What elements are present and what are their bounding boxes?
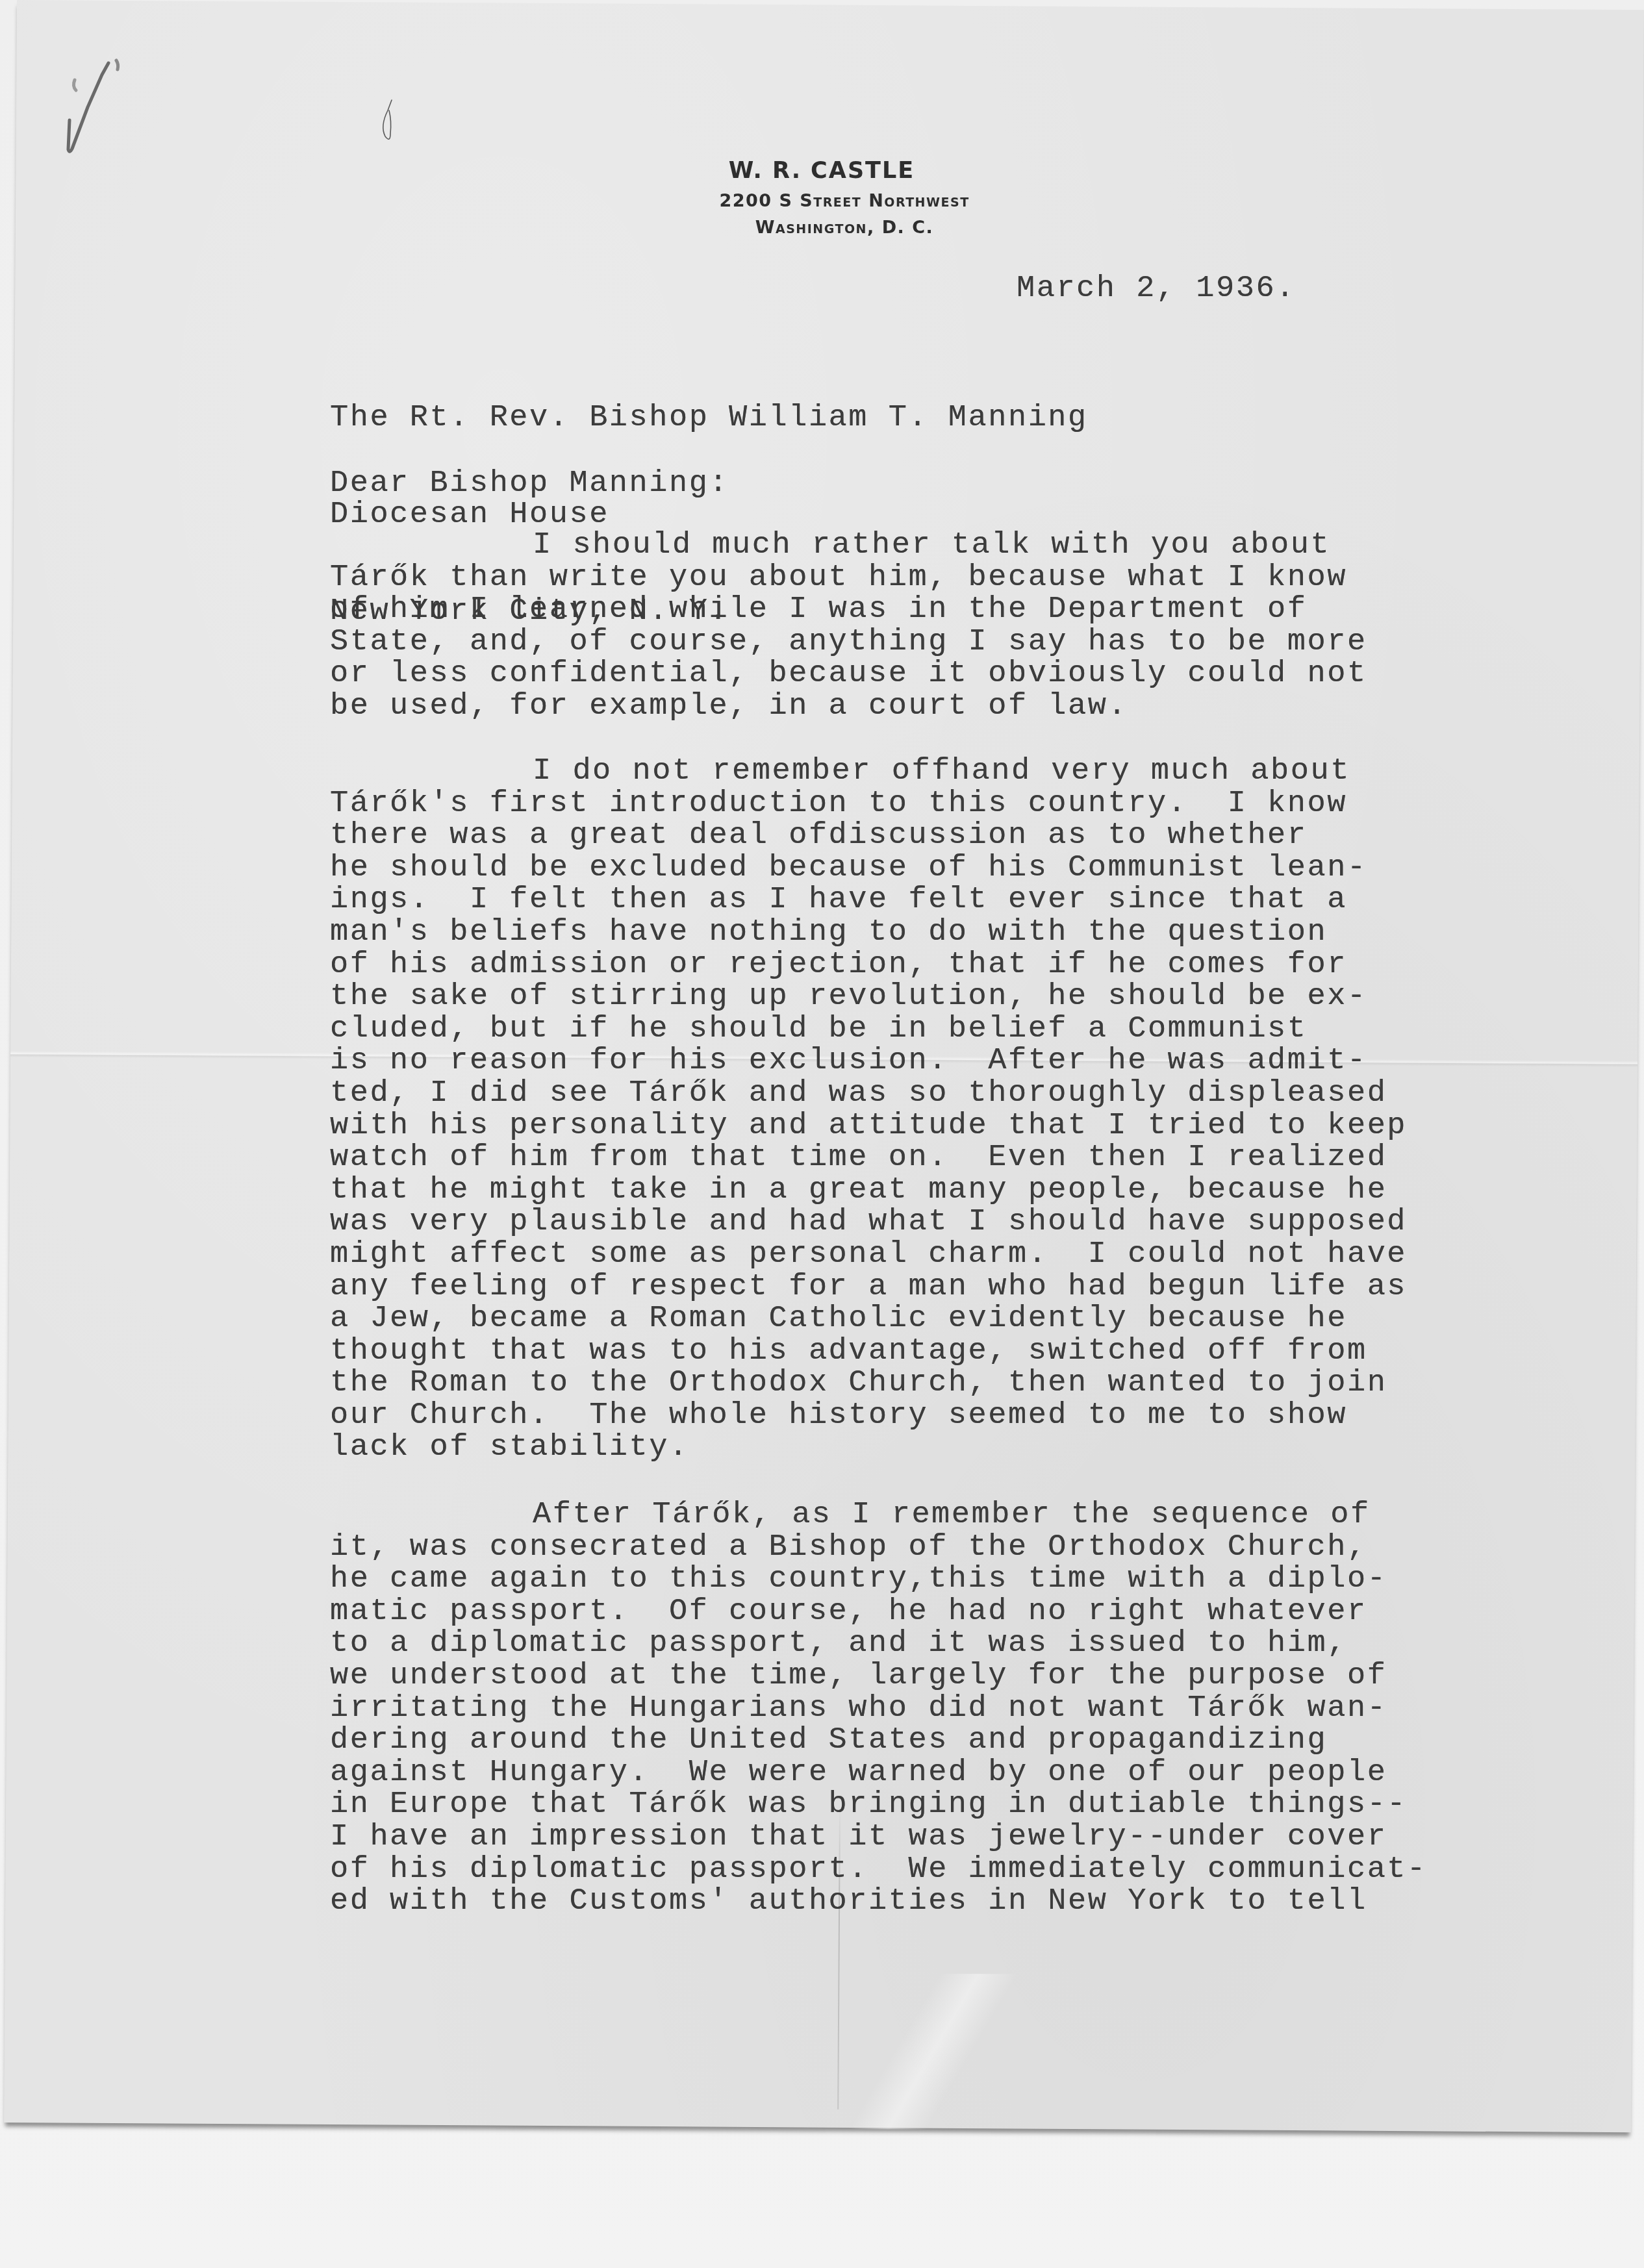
text-line: it, was consecrated a Bishop of the Orth… [330, 1531, 1427, 1564]
text-line: of his diplomatic passport. We immediate… [330, 1854, 1427, 1886]
text-line: a Jew, became a Roman Catholic evidently… [330, 1303, 1407, 1335]
text-line: is no reason for his exclusion. After he… [330, 1045, 1407, 1077]
text-line: thought that was to his advantage, switc… [330, 1335, 1407, 1368]
body-paragraph-3: After Tárők, as I remember the sequence … [330, 1499, 1427, 1918]
text-line: the sake of stirring up revolution, he s… [330, 981, 1407, 1013]
letterhead-city: Washington, D. C. [650, 218, 1039, 238]
text-line: I have an impression that it was jewelry… [330, 1821, 1427, 1854]
text-line: with his personality and attitude that I… [330, 1110, 1407, 1142]
text-line: State, and, of course, anything I say ha… [330, 626, 1367, 659]
text-line: of his admission or rejection, that if h… [330, 949, 1407, 981]
text-line: ings. I felt then as I have felt ever si… [330, 884, 1407, 916]
text-line: he came again to this country,this time … [330, 1563, 1427, 1596]
text-line: irritating the Hungarians who did not wa… [330, 1693, 1427, 1725]
text-line: watch of him from that time on. Even the… [330, 1142, 1407, 1174]
text-line: ted, I did see Tárők and was so thorough… [330, 1077, 1407, 1110]
letterhead-name: W. R. CASTLE [724, 158, 919, 183]
letterhead-street-address: 2200 S Street Northwest [650, 192, 1039, 211]
letter-date: March 2, 1936. [1017, 273, 1296, 305]
text-line: there was a great deal ofdiscussion as t… [330, 820, 1407, 852]
text-line: might affect some as personal charm. I c… [330, 1239, 1407, 1271]
text-line: I do not remember offhand very much abou… [330, 755, 1407, 788]
recipient-name: The Rt. Rev. Bishop William T. Manning [330, 402, 1088, 435]
text-line: he should be excluded because of his Com… [330, 852, 1407, 885]
text-line: ed with the Customs' authorities in New … [330, 1885, 1427, 1918]
recipient-organization: Diocesan House [330, 499, 1088, 531]
text-line: any feeling of respect for a man who had… [330, 1271, 1407, 1304]
text-line: Tárők than write you about him, because … [330, 562, 1367, 594]
text-line: lack of stability. [330, 1431, 1407, 1464]
text-line: our Church. The whole history seemed to … [330, 1400, 1407, 1432]
text-line: in Europe that Tárők was bringing in dut… [330, 1789, 1427, 1821]
text-line: be used, for example, in a court of law. [330, 690, 1367, 723]
text-line: After Tárők, as I remember the sequence … [330, 1499, 1427, 1531]
text-line: we understood at the time, largely for t… [330, 1660, 1427, 1693]
text-line: against Hungary. We were warned by one o… [330, 1757, 1427, 1789]
text-line: of him I learned while I was in the Depa… [330, 594, 1367, 626]
text-line: matic passport. Of course, he had no rig… [330, 1596, 1427, 1628]
text-line: or less confidential, because it obvious… [330, 658, 1367, 690]
text-line: was very plausible and had what I should… [330, 1206, 1407, 1239]
pencil-stroke-icon [373, 97, 399, 149]
salutation: Dear Bishop Manning: [330, 468, 729, 500]
text-line: the Roman to the Orthodox Church, then w… [330, 1367, 1407, 1400]
pencil-checkmark-icon [62, 36, 140, 166]
text-line: I should much rather talk with you about [330, 529, 1367, 562]
body-paragraph-2: I do not remember offhand very much abou… [330, 755, 1407, 1464]
paper-wrinkle [848, 1973, 1018, 2130]
text-line: dering around the United States and prop… [330, 1724, 1427, 1757]
text-line: that he might take in a great many peopl… [330, 1174, 1407, 1207]
text-line: man's beliefs have nothing to do with th… [330, 916, 1407, 949]
text-line: cluded, but if he should be in belief a … [330, 1013, 1407, 1046]
body-paragraph-1: I should much rather talk with you about… [330, 529, 1367, 723]
text-line: to a diplomatic passport, and it was iss… [330, 1628, 1427, 1660]
text-line: Tárők's first introduction to this count… [330, 788, 1407, 820]
